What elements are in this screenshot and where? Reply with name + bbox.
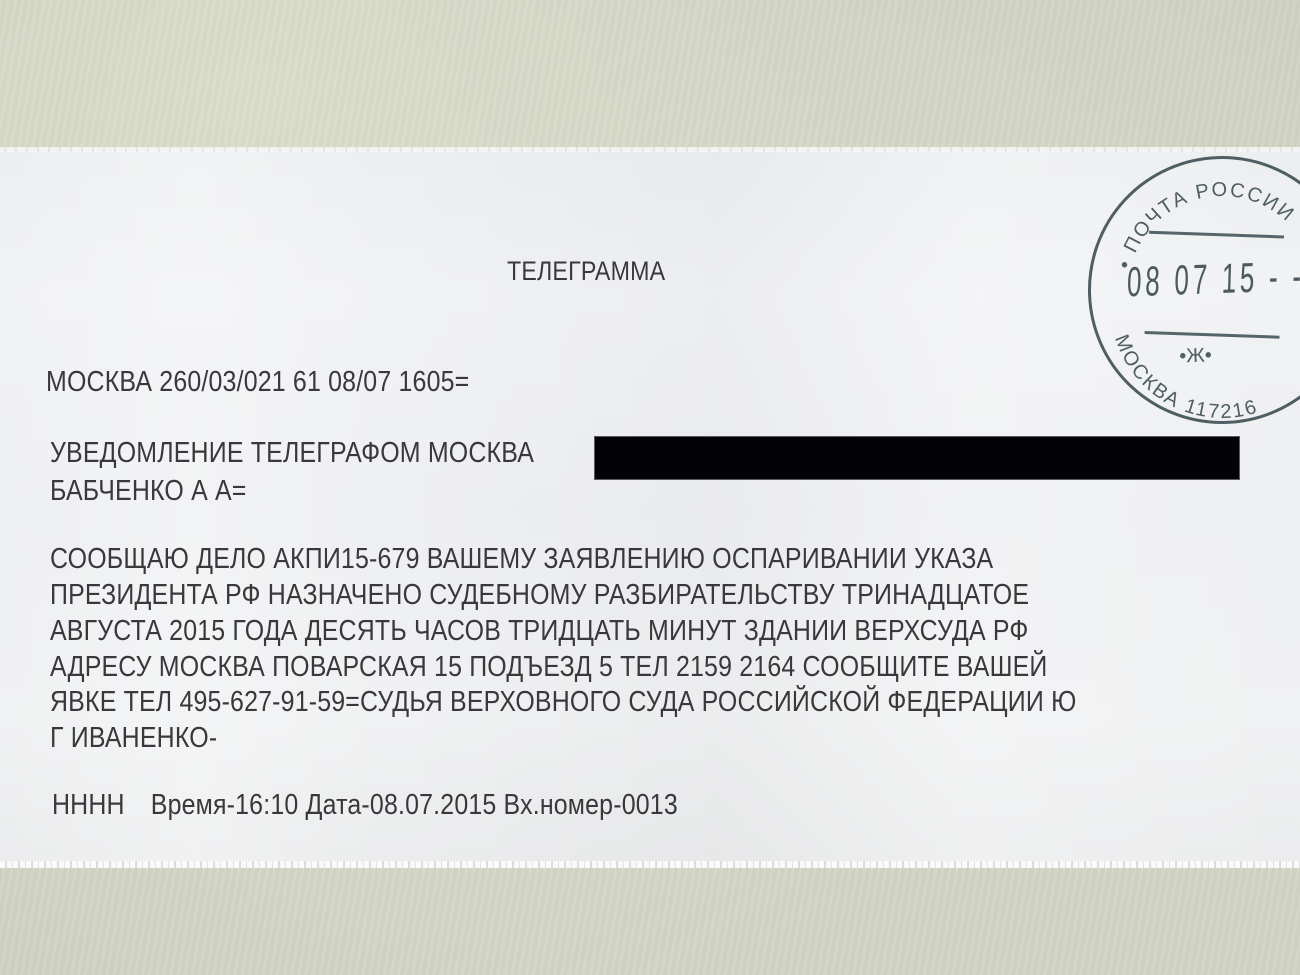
message-body-line: СООБЩАЮ ДЕЛО АКПИ15-679 ВАШЕМУ ЗАЯВЛЕНИЮ… <box>50 545 993 574</box>
message-body-line: Г ИВАНЕНКО- <box>50 724 217 753</box>
svg-text:МОСКВА 117216: МОСКВА 117216 <box>1110 327 1261 427</box>
address-line-1: УВЕДОМЛЕНИЕ ТЕЛЕГРАФОМ МОСКВА <box>50 439 534 468</box>
footer-prefix: НННН <box>52 789 125 821</box>
footer-time: Время-16:10 <box>151 789 299 821</box>
postmark-bottom-text: МОСКВА 117216 <box>1110 327 1261 427</box>
perforated-bottom-edge <box>0 861 1300 868</box>
telegram-paper: ТЕЛЕГРАММА МОСКВА 260/03/021 61 08/07 16… <box>0 150 1300 864</box>
footer-date: Дата-08.07.2015 <box>306 789 497 821</box>
footer-incoming-number: Вх.номер-0013 <box>504 789 678 821</box>
message-body-line: АДРЕСУ МОСКВА ПОВАРСКАЯ 15 ПОДЪЕЗД 5 ТЕЛ… <box>50 653 1048 682</box>
message-body-line: АВГУСТА 2015 ГОДА ДЕСЯТЬ ЧАСОВ ТРИДЦАТЬ … <box>50 617 1029 646</box>
message-body-line: ЯВКЕ ТЕЛ 495-627-91-59=СУДЬЯ ВЕРХОВНОГО … <box>50 688 1076 717</box>
telegram-header-line: МОСКВА 260/03/021 61 08/07 1605= <box>46 368 469 397</box>
message-body-line: ПРЕЗИДЕНТА РФ НАЗНАЧЕНО СУДЕБНОМУ РАЗБИР… <box>50 581 1029 610</box>
postmark-center-mark: •Ж• <box>1179 344 1212 368</box>
torn-top-edge <box>0 147 1300 152</box>
postmark-date: 08 07 15 - - <box>1126 252 1300 306</box>
postmark-stamp: • ПОЧТА РОССИИ МОСКВА 117216 08 07 15 - … <box>1083 151 1300 428</box>
address-line-2: БАБЧЕНКО А А= <box>50 477 247 506</box>
telegram-footer: НННН Время-16:10 Дата-08.07.2015 Вх.номе… <box>52 791 678 820</box>
redaction-bar <box>594 436 1240 480</box>
telegram-title: ТЕЛЕГРАММА <box>507 258 665 285</box>
